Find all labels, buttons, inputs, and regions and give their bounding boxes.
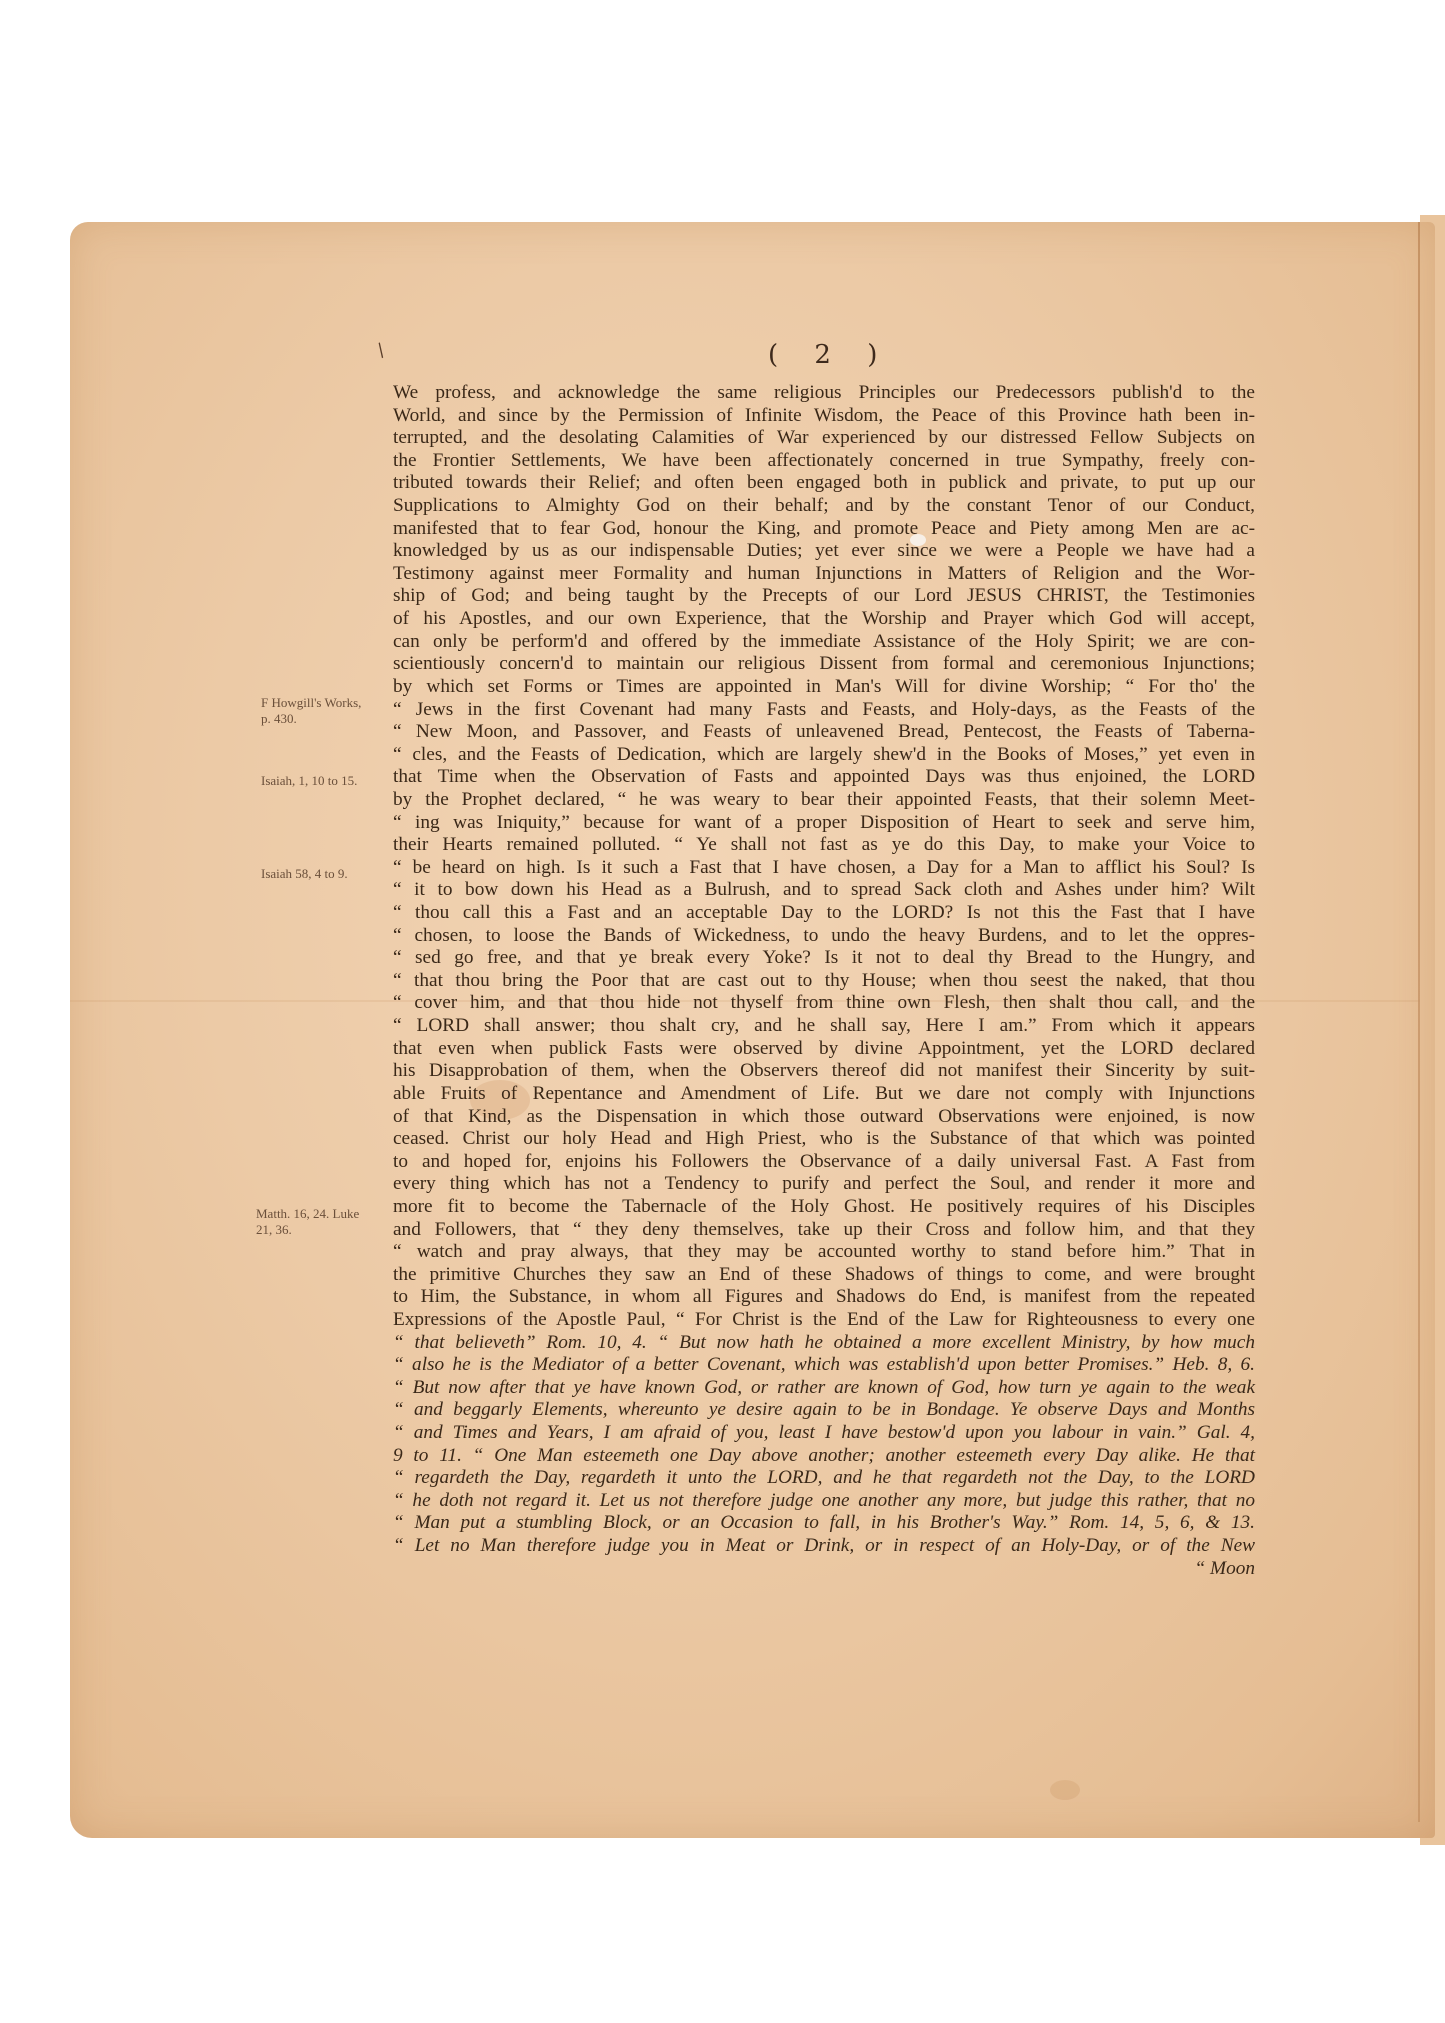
text-line: more fit to become the Tabernacle of the… — [393, 1196, 1255, 1219]
catchword: “ Moon — [393, 1558, 1255, 1581]
text-line: able Fruits of Repentance and Amendment … — [393, 1083, 1255, 1106]
margin-note-isaiah-58: Isaiah 58, 4 to 9. — [261, 866, 371, 882]
text-line: Supplications to Almighty God on their b… — [393, 495, 1255, 518]
text-line: manifested that to fear God, honour the … — [393, 518, 1255, 541]
text-line: We profess, and acknowledge the same rel… — [393, 382, 1255, 405]
text-line: terrupted, and the desolating Calamities… — [393, 427, 1255, 450]
text-line: “ it to bow down his Head as a Bulrush, … — [393, 879, 1255, 902]
text-line: their Hearts remained polluted. “ Ye sha… — [393, 834, 1255, 857]
page-fold-line — [1418, 222, 1420, 1822]
text-line: of that Kind, as the Dispensation in whi… — [393, 1106, 1255, 1129]
text-line: “ But now after that ye have known God, … — [393, 1377, 1255, 1400]
margin-note-isaiah-1: Isaiah, 1, 10 to 15. — [261, 773, 371, 789]
text-line: “ and beggarly Elements, whereunto ye de… — [393, 1399, 1255, 1422]
text-line: “ New Moon, and Passover, and Feasts of … — [393, 721, 1255, 744]
text-line: of his Apostles, and our own Experience,… — [393, 608, 1255, 631]
text-line: “ Man put a stumbling Block, or an Occas… — [393, 1512, 1255, 1535]
text-line: “ be heard on high. Is it such a Fast th… — [393, 857, 1255, 880]
text-line: that Time when the Observation of Fasts … — [393, 766, 1255, 789]
margin-note-howgill: F Howgill's Works, p. 430. — [261, 695, 371, 727]
text-line: “ cover him, and that thou hide not thys… — [393, 992, 1255, 1015]
text-line: his Disapprobation of them, when the Obs… — [393, 1060, 1255, 1083]
text-line: “ that thou bring the Poor that are cast… — [393, 970, 1255, 993]
body-text: We profess, and acknowledge the same rel… — [393, 382, 1255, 1580]
text-line: knowledged by us as our indispensable Du… — [393, 540, 1255, 563]
text-line: “ sed go free, and that ye break every Y… — [393, 947, 1255, 970]
text-line: by the Prophet declared, “ he was weary … — [393, 789, 1255, 812]
text-line: tributed towards their Relief; and often… — [393, 472, 1255, 495]
text-line: “ he doth not regard it. Let us not ther… — [393, 1490, 1255, 1513]
text-line: “ Jews in the first Covenant had many Fa… — [393, 699, 1255, 722]
text-line: “ watch and pray always, that they may b… — [393, 1241, 1255, 1264]
text-line: Expressions of the Apostle Paul, “ For C… — [393, 1309, 1255, 1332]
text-line: “ regardeth the Day, regardeth it unto t… — [393, 1467, 1255, 1490]
margin-note-matthew-luke: Matth. 16, 24. Luke 21, 36. — [256, 1206, 366, 1238]
text-line: ship of God; and being taught by the Pre… — [393, 585, 1255, 608]
text-line: “ also he is the Mediator of a better Co… — [393, 1354, 1255, 1377]
text-line: “ thou call this a Fast and an acceptabl… — [393, 902, 1255, 925]
text-line: 9 to 11. “ One Man esteemeth one Day abo… — [393, 1445, 1255, 1468]
text-line: “ LORD shall answer; thou shalt cry, and… — [393, 1015, 1255, 1038]
text-line: the primitive Churches they saw an End o… — [393, 1264, 1255, 1287]
text-line: to and hoped for, enjoins his Followers … — [393, 1151, 1255, 1174]
text-line: “ Let no Man therefore judge you in Meat… — [393, 1535, 1255, 1558]
text-line: every thing which has not a Tendency to … — [393, 1173, 1255, 1196]
page-number: ( 2 ) — [768, 340, 891, 370]
text-line: Testimony against meer Formality and hum… — [393, 563, 1255, 586]
text-line: “ chosen, to loose the Bands of Wickedne… — [393, 925, 1255, 948]
text-line: the Frontier Settlements, We have been a… — [393, 450, 1255, 473]
text-line: ceased. Christ our holy Head and High Pr… — [393, 1128, 1255, 1151]
text-line: “ that believeth” Rom. 10, 4. “ But now … — [393, 1332, 1255, 1355]
text-line: World, and since by the Permission of In… — [393, 405, 1255, 428]
text-line: can only be perform'd and offered by the… — [393, 631, 1255, 654]
text-line: to Him, the Substance, in whom all Figur… — [393, 1286, 1255, 1309]
text-line: “ ing was Iniquity,” because for want of… — [393, 812, 1255, 835]
text-line: “ and Times and Years, I am afraid of yo… — [393, 1422, 1255, 1445]
text-line: scientiously concern'd to maintain our r… — [393, 653, 1255, 676]
text-line: by which set Forms or Times are appointe… — [393, 676, 1255, 699]
paper-stain — [1050, 1780, 1080, 1800]
text-line: and Followers, that “ they deny themselv… — [393, 1219, 1255, 1242]
text-line: that even when publick Fasts were observ… — [393, 1038, 1255, 1061]
text-line: “ cles, and the Feasts of Dedication, wh… — [393, 744, 1255, 767]
